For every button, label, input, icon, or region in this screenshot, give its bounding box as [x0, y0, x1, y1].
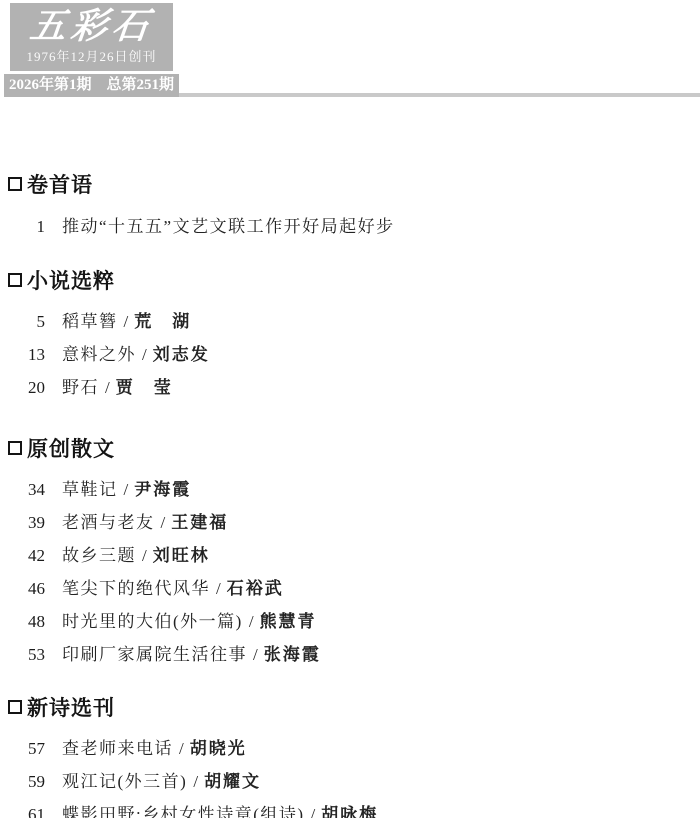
section-header-essays: 原创散文: [8, 435, 700, 461]
article-title: 印刷厂家属院生活往事: [62, 644, 247, 666]
toc-entry: 39 老酒与老友 / 王建福: [8, 512, 700, 534]
page-number: 13: [8, 344, 45, 366]
article-author: 荒 湖: [134, 311, 191, 333]
square-bullet-icon: [8, 177, 22, 191]
toc-entry: 61 蝶影田野:乡村女性诗章(组诗) / 胡咏梅: [8, 804, 700, 818]
author-separator: /: [193, 771, 198, 793]
section-label: 卷首语: [27, 169, 93, 199]
toc-entry: 20 野石 / 贾 莹: [8, 377, 700, 399]
author-separator: /: [124, 311, 129, 333]
article-title: 意料之外: [62, 344, 136, 366]
article-title: 野石: [62, 377, 99, 399]
toc-entry: 13 意料之外 / 刘志发: [8, 344, 700, 366]
article-author: 尹海霞: [134, 479, 191, 501]
article-author: 胡晓光: [190, 738, 247, 760]
article-title: 老酒与老友: [62, 512, 155, 534]
article-title: 笔尖下的绝代风华: [62, 578, 210, 600]
article-title: 观江记(外三首): [62, 771, 187, 793]
article-title: 查老师来电话: [62, 738, 173, 760]
author-separator: /: [179, 738, 184, 760]
author-separator: /: [142, 344, 147, 366]
author-separator: /: [311, 804, 316, 818]
page-number: 42: [8, 545, 45, 567]
square-bullet-icon: [8, 273, 22, 287]
page-number: 59: [8, 771, 45, 793]
section-header-poetry: 新诗选刊: [8, 694, 700, 720]
section-label: 小说选粹: [27, 265, 115, 295]
article-author: 熊慧青: [260, 611, 317, 633]
article-title: 蝶影田野:乡村女性诗章(组诗): [62, 804, 305, 818]
author-separator: /: [216, 578, 221, 600]
author-separator: /: [142, 545, 147, 567]
article-author: 刘志发: [153, 344, 210, 366]
toc-entry: 57 查老师来电话 / 胡晓光: [8, 738, 700, 760]
magazine-masthead: 五彩石 1976年12月26日创刊 2026年第1期 总第251期: [0, 0, 700, 97]
article-title: 稻草簪: [62, 311, 118, 333]
page-number: 34: [8, 479, 45, 501]
page-number: 61: [8, 804, 45, 818]
magazine-logo-box: 五彩石 1976年12月26日创刊: [10, 3, 173, 71]
square-bullet-icon: [8, 700, 22, 714]
toc-entry: 48 时光里的大伯(外一篇) / 熊慧青: [8, 611, 700, 633]
toc-entry: 53 印刷厂家属院生活往事 / 张海霞: [8, 644, 700, 666]
author-separator: /: [161, 512, 166, 534]
page-number: 5: [8, 311, 45, 333]
article-author: 贾 莹: [116, 377, 173, 399]
founding-date: 1976年12月26日创刊: [10, 49, 173, 65]
page-number: 1: [8, 216, 45, 238]
author-separator: /: [249, 611, 254, 633]
table-of-contents: 卷首语 1 推动“十五五”文艺文联工作开好局起好步 小说选粹 5 稻草簪 / 荒…: [0, 171, 700, 818]
article-author: 王建福: [171, 512, 228, 534]
article-author: 张海霞: [264, 644, 321, 666]
toc-entry: 59 观江记(外三首) / 胡耀文: [8, 771, 700, 793]
article-title: 草鞋记: [62, 479, 118, 501]
page-number: 57: [8, 738, 45, 760]
page-number: 46: [8, 578, 45, 600]
page-number: 39: [8, 512, 45, 534]
article-author: 刘旺林: [153, 545, 210, 567]
page-number: 20: [8, 377, 45, 399]
article-title: 故乡三题: [62, 545, 136, 567]
section-label: 新诗选刊: [27, 692, 115, 722]
toc-entry: 46 笔尖下的绝代风华 / 石裕武: [8, 578, 700, 600]
article-author: 石裕武: [227, 578, 284, 600]
toc-entry: 1 推动“十五五”文艺文联工作开好局起好步: [8, 216, 700, 238]
article-author: 胡咏梅: [321, 804, 378, 818]
author-separator: /: [105, 377, 110, 399]
square-bullet-icon: [8, 441, 22, 455]
header-rule: [179, 93, 700, 97]
author-separator: /: [253, 644, 258, 666]
magazine-logo: 五彩石: [8, 3, 176, 49]
issue-info-bar: 2026年第1期 总第251期: [4, 74, 179, 97]
section-header-preface: 卷首语: [8, 171, 700, 197]
page-number: 48: [8, 611, 45, 633]
toc-entry: 5 稻草簪 / 荒 湖: [8, 311, 700, 333]
author-separator: /: [124, 479, 129, 501]
article-author: 胡耀文: [204, 771, 261, 793]
toc-entry: 34 草鞋记 / 尹海霞: [8, 479, 700, 501]
toc-entry: 42 故乡三题 / 刘旺林: [8, 545, 700, 567]
article-title: 推动“十五五”文艺文联工作开好局起好步: [62, 216, 395, 238]
section-label: 原创散文: [27, 433, 115, 463]
article-title: 时光里的大伯(外一篇): [62, 611, 243, 633]
section-header-fiction: 小说选粹: [8, 267, 700, 293]
page-number: 53: [8, 644, 45, 666]
